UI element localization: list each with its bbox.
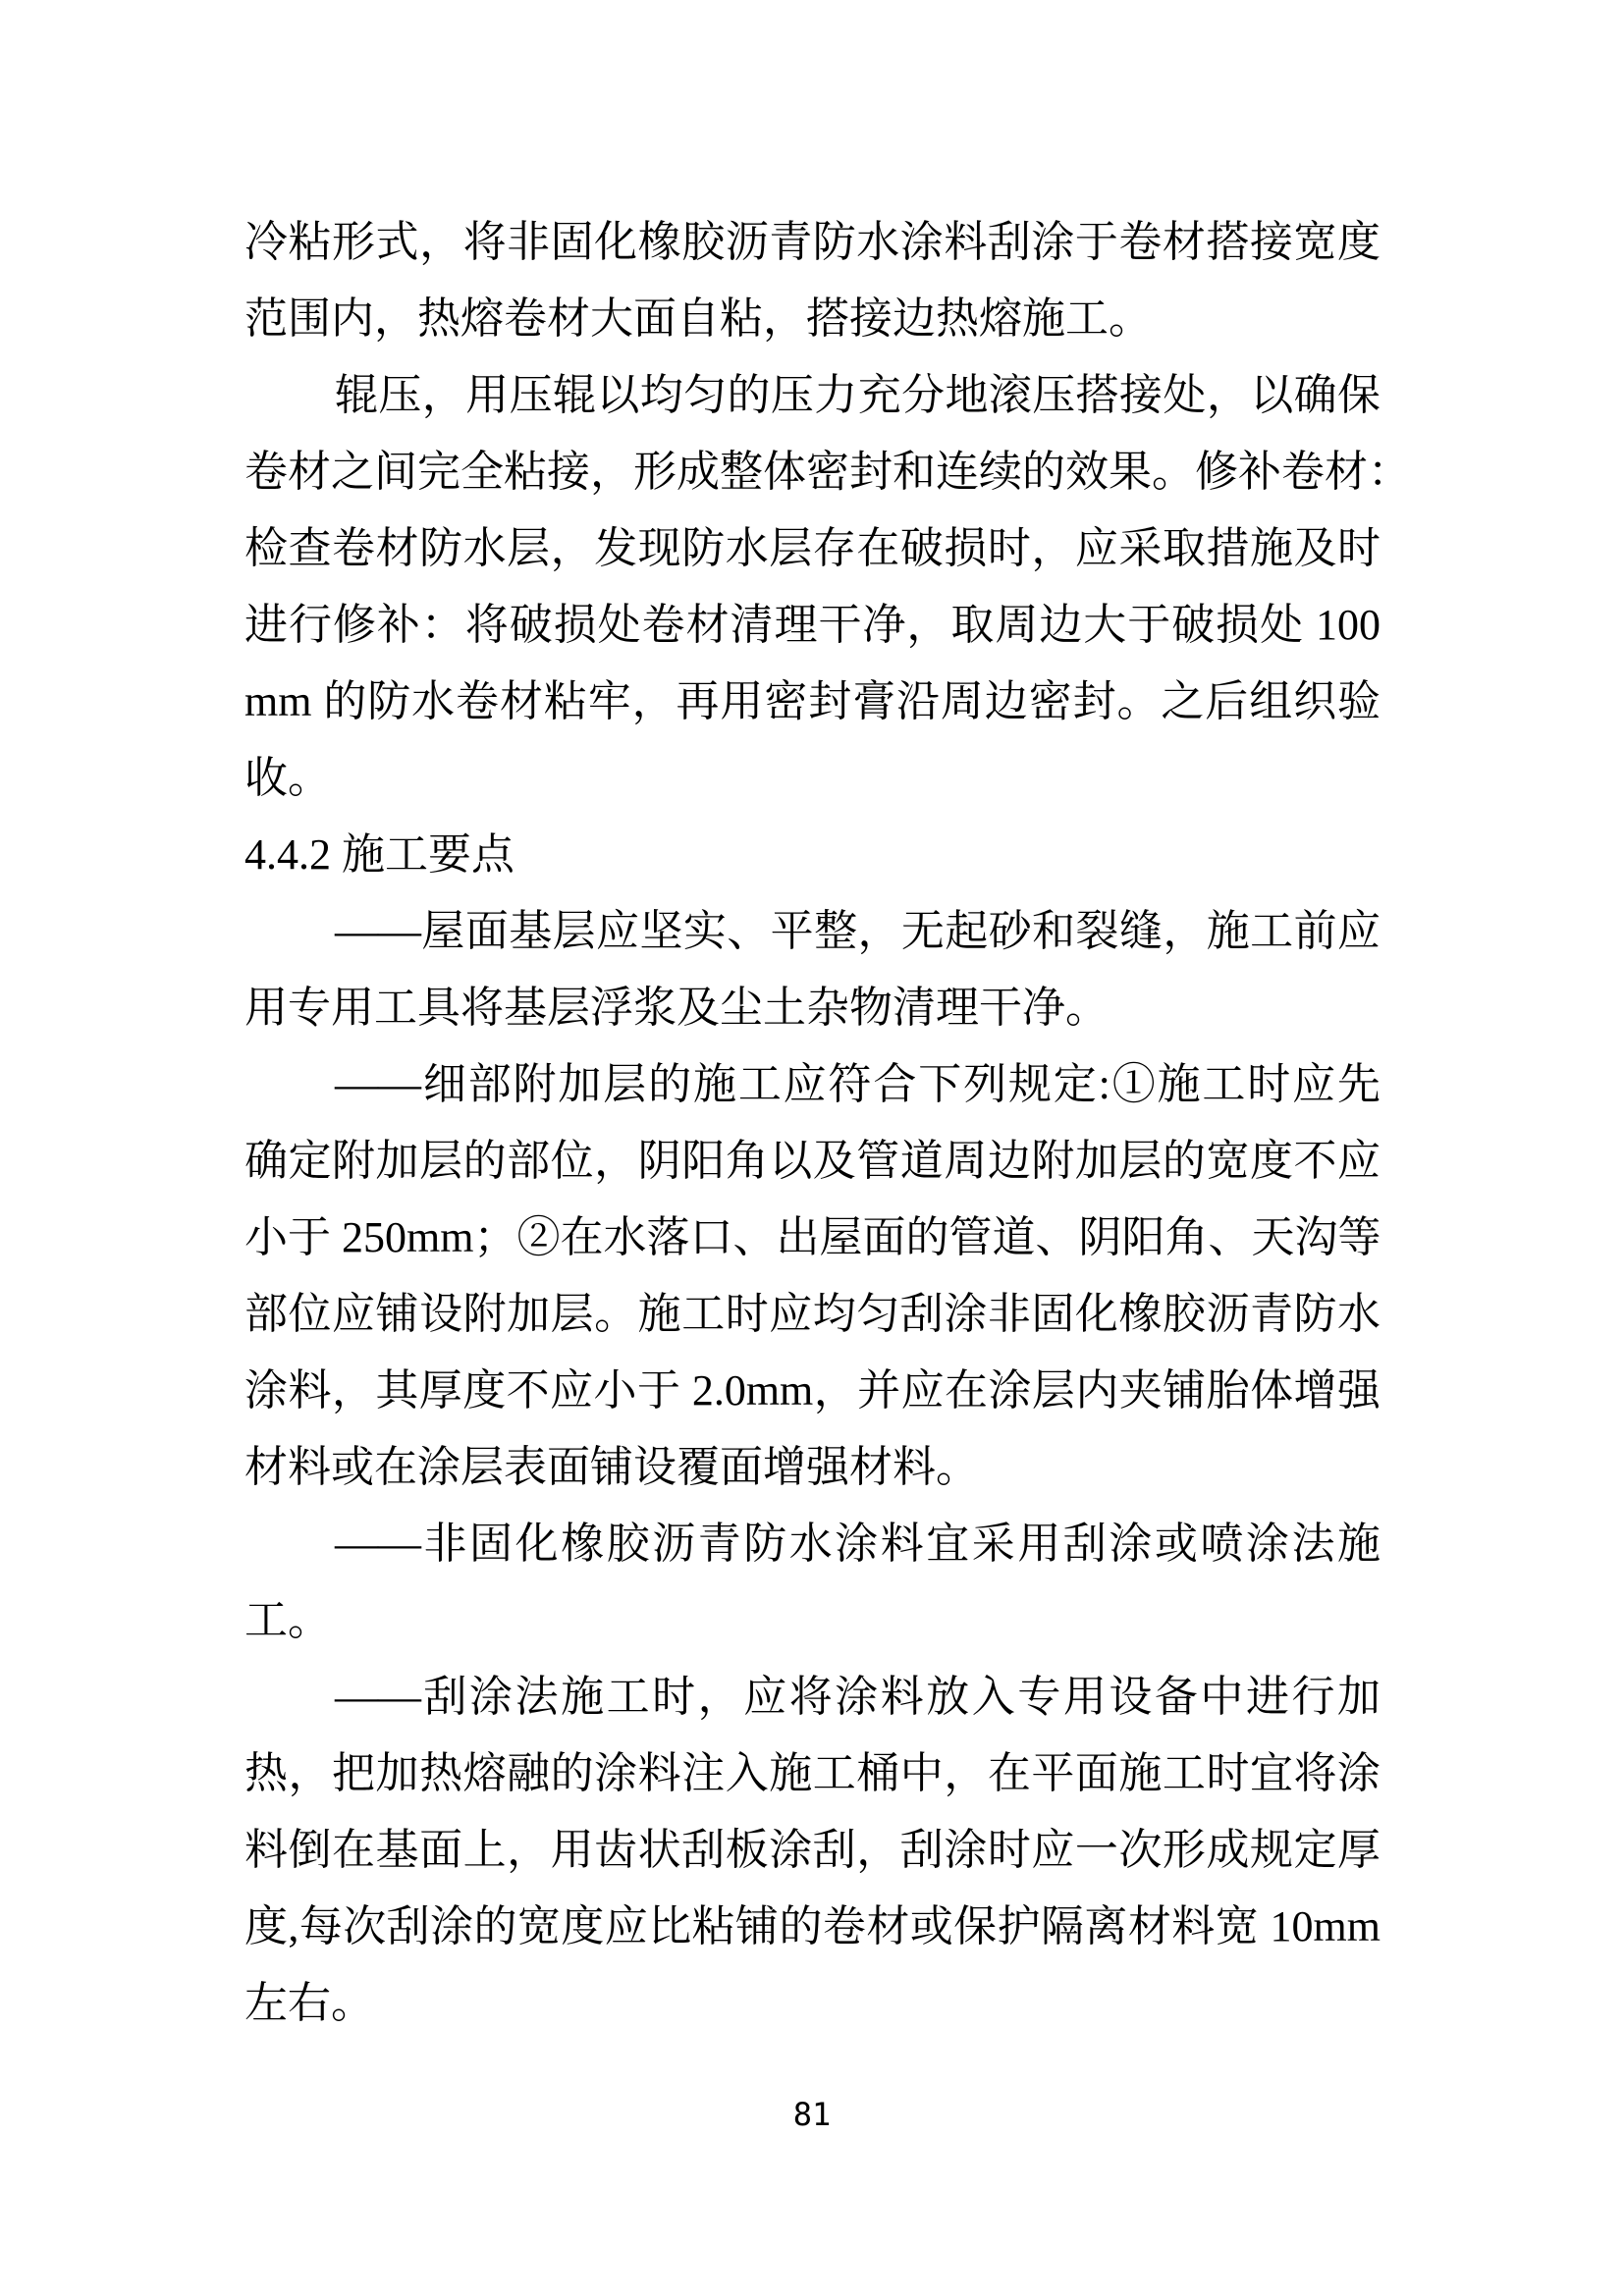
text-line: 料倒在基面上，用齿状刮板涂刮，刮涂时应一次形成规定厚	[244, 1812, 1380, 1889]
text-line: 热，把加热熔融的涂料注入施工桶中，在平面施工时宜将涂	[244, 1735, 1380, 1812]
text-line: 材料或在涂层表面铺设覆面增强材料。	[244, 1429, 1380, 1506]
text-line: ——细部附加层的施工应符合下列规定:①施工时应先	[244, 1046, 1380, 1123]
text-line: 确定附加层的部位，阴阳角以及管道周边附加层的宽度不应	[244, 1123, 1380, 1200]
text-line: ——刮涂法施工时，应将涂料放入专用设备中进行加	[244, 1659, 1380, 1735]
text-line: mm 的防水卷材粘牢，再用密封膏沿周边密封。之后组织验	[244, 664, 1380, 740]
text-line: 工。	[244, 1582, 1380, 1659]
page-number: 81	[0, 2098, 1624, 2131]
text-line: 小于 250mm；②在水落口、出屋面的管道、阴阳角、天沟等	[244, 1200, 1380, 1276]
text-line: 用专用工具将基层浮浆及尘土杂物清理干净。	[244, 970, 1380, 1046]
text-line: ——屋面基层应坚实、平整，无起砂和裂缝，施工前应	[244, 893, 1380, 970]
text-line: 辊压，用压辊以均匀的压力充分地滚压搭接处，以确保	[244, 357, 1380, 434]
text-line: 涂料，其厚度不应小于 2.0mm，并应在涂层内夹铺胎体增强	[244, 1353, 1380, 1429]
text-line: 左右。	[244, 1965, 1380, 2042]
text-line: ——非固化橡胶沥青防水涂料宜采用刮涂或喷涂法施	[244, 1506, 1380, 1582]
text-line: 收。	[244, 740, 1380, 817]
text-line: 范围内，热熔卷材大面自粘，搭接边热熔施工。	[244, 281, 1380, 357]
text-line: 部位应铺设附加层。施工时应均匀刮涂非固化橡胶沥青防水	[244, 1276, 1380, 1353]
text-line: 检查卷材防水层，发现防水层存在破损时，应采取措施及时	[244, 510, 1380, 587]
document-page: 冷粘形式，将非固化橡胶沥青防水涂料刮涂于卷材搭接宽度范围内，热熔卷材大面自粘，搭…	[0, 0, 1624, 2296]
section-heading: 4.4.2 施工要点	[244, 817, 1380, 893]
text-line: 进行修补：将破损处卷材清理干净，取周边大于破损处 100	[244, 587, 1380, 664]
text-line: 度,每次刮涂的宽度应比粘铺的卷材或保护隔离材料宽 10mm	[244, 1889, 1380, 1965]
text-line: 卷材之间完全粘接，形成整体密封和连续的效果。修补卷材：	[244, 434, 1380, 510]
document-body: 冷粘形式，将非固化橡胶沥青防水涂料刮涂于卷材搭接宽度范围内，热熔卷材大面自粘，搭…	[244, 204, 1380, 2042]
text-line: 冷粘形式，将非固化橡胶沥青防水涂料刮涂于卷材搭接宽度	[244, 204, 1380, 281]
